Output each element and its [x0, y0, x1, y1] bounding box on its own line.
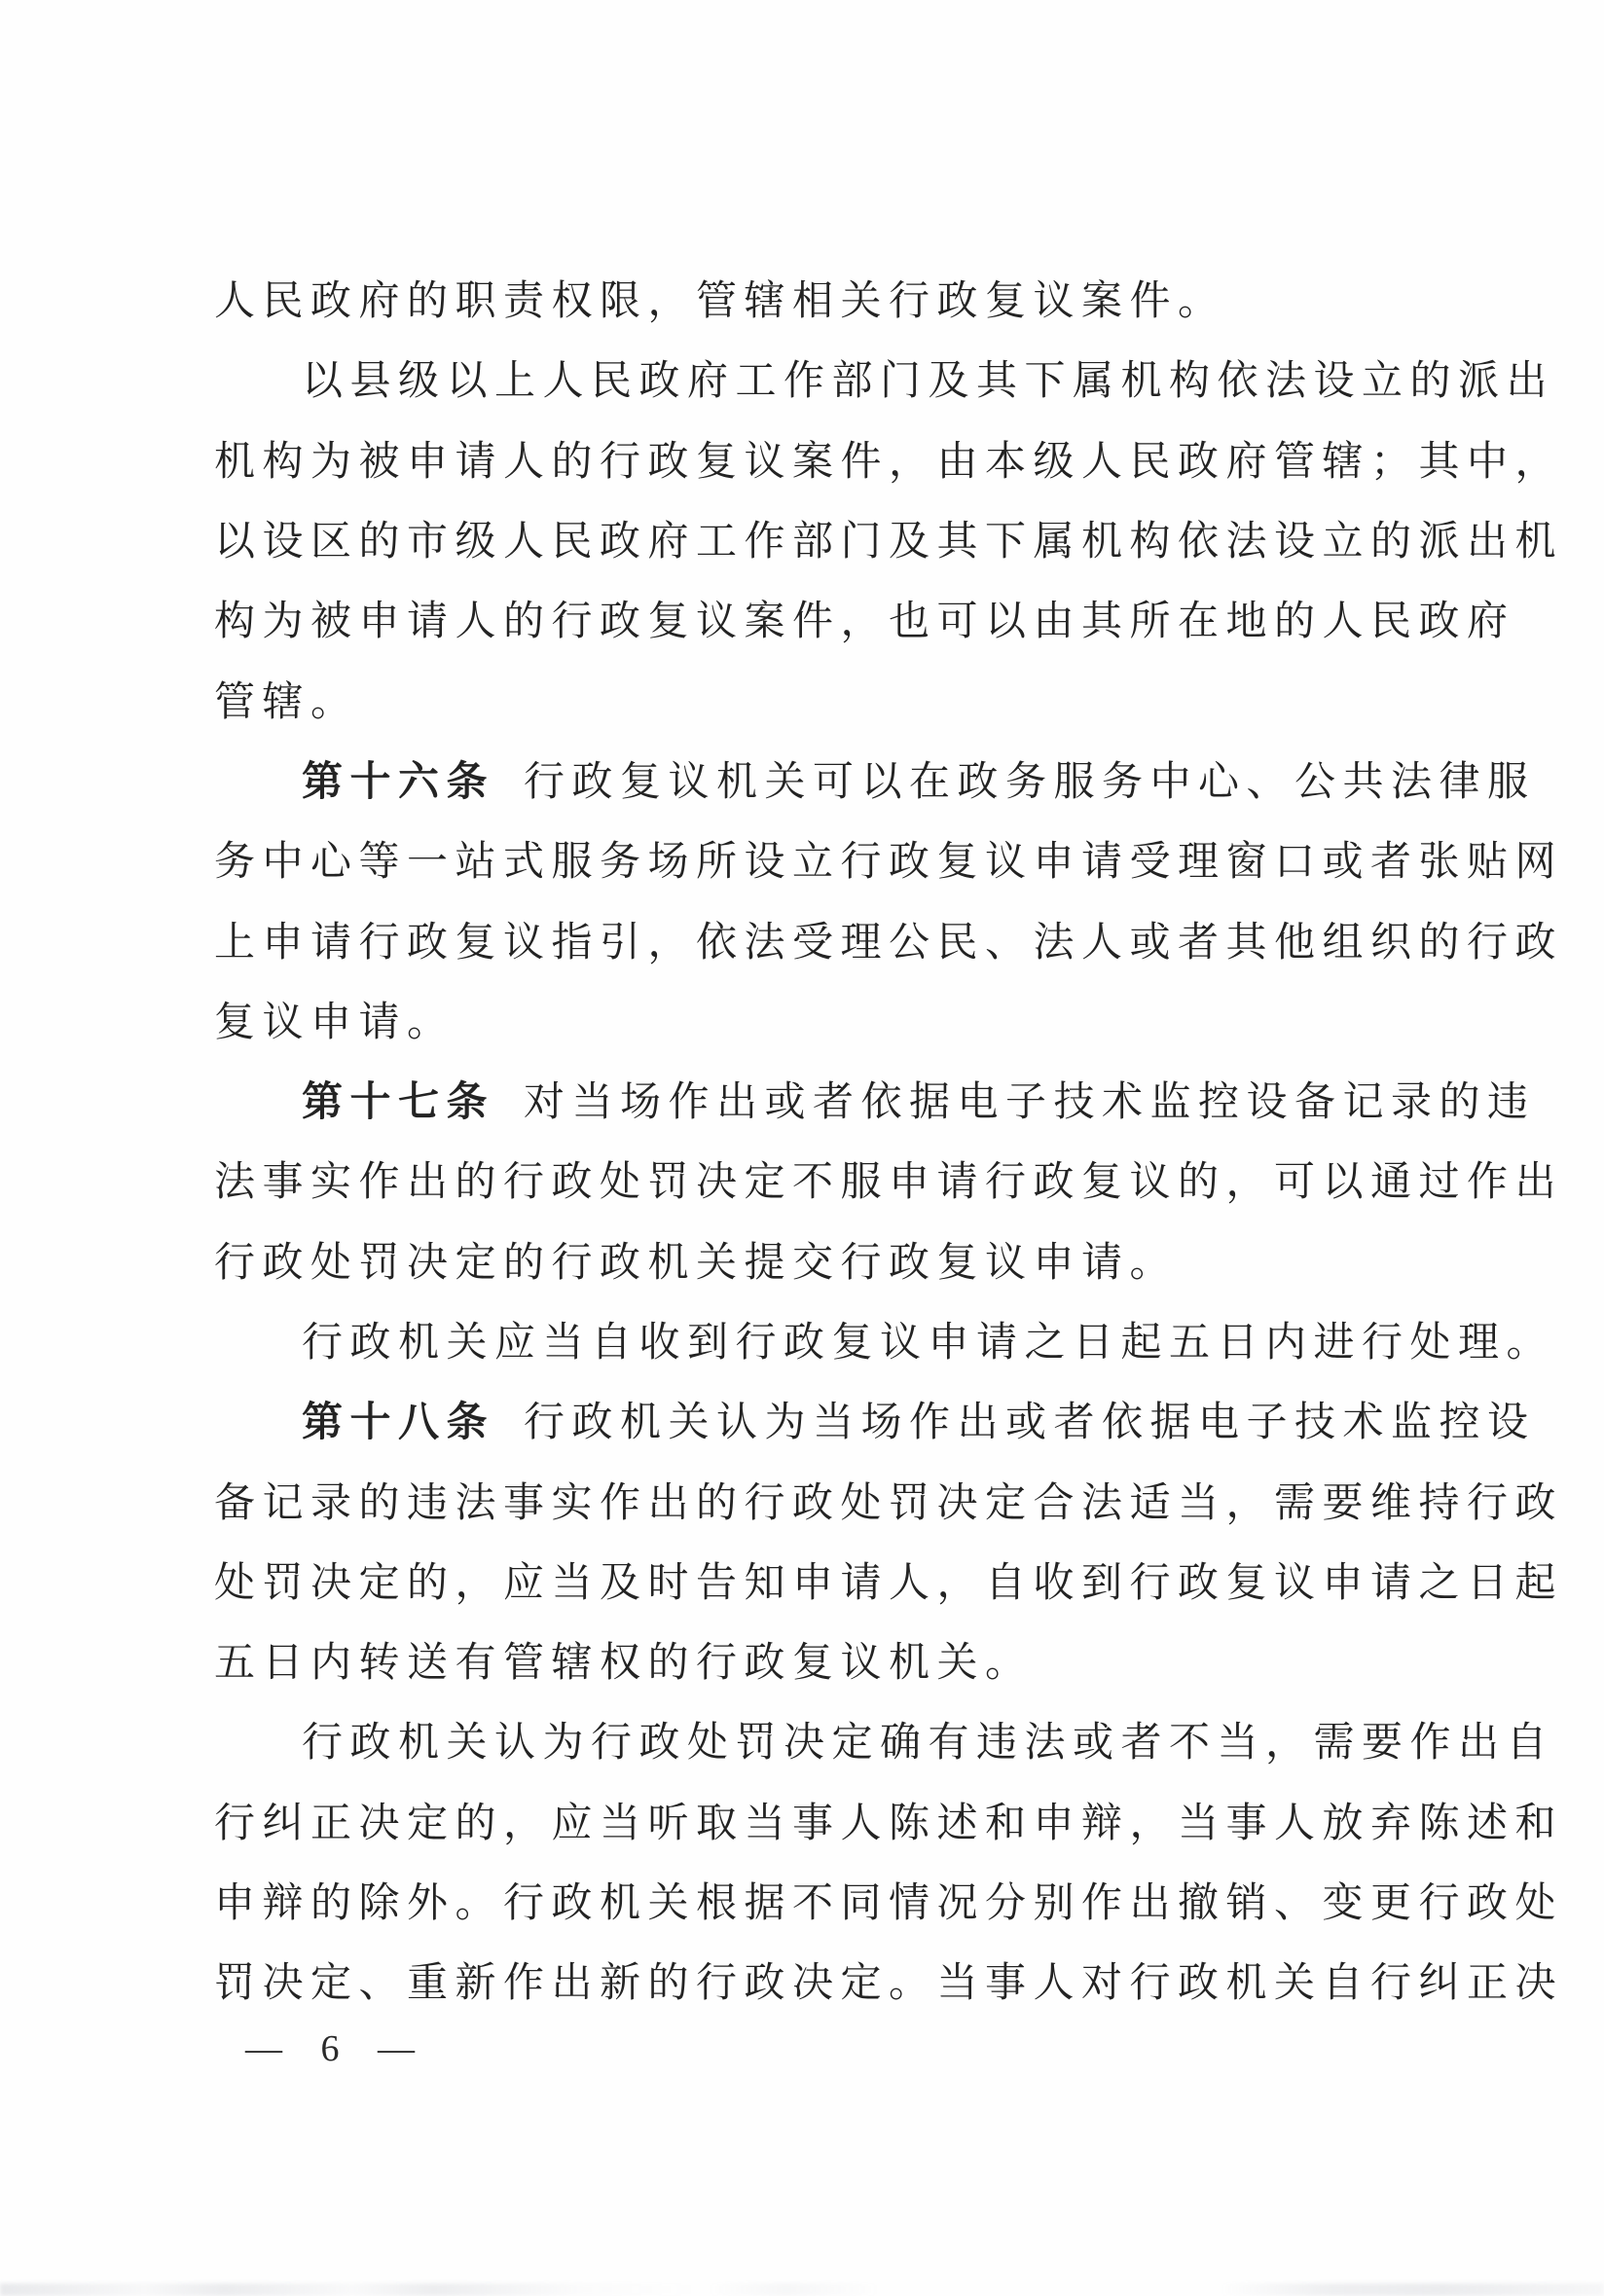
text-line: 机构为被申请人的行政复议案件，由本级人民政府管辖；其中，: [214, 419, 1499, 498]
text-line: 第十六条行政复议机关可以在政务服务中心、公共法律服: [214, 739, 1499, 819]
text-line: 法事实作出的行政处罚决定不服申请行政复议的，可以通过作出: [214, 1139, 1499, 1219]
text-line: 五日内转送有管辖权的行政复议机关。: [214, 1620, 1499, 1699]
text-line: 行纠正决定的，应当听取当事人陈述和申辩，当事人放弃陈述和: [214, 1780, 1499, 1860]
line-text: 对当场作出或者依据电子技术监控设备记录的违: [524, 1070, 1536, 1128]
line-text: 管辖。: [214, 670, 359, 728]
line-text: 罚决定、重新作出新的行政决定。当事人对行政机关自行纠正决: [214, 1950, 1563, 2009]
page-number: — 6 —: [245, 2020, 419, 2078]
line-text: 上申请行政复议指引，依法受理公民、法人或者其他组织的行政: [214, 910, 1563, 968]
text-line: 管辖。: [214, 658, 1499, 738]
line-text: 人民政府的职责权限，管辖相关行政复议案件。: [214, 269, 1226, 327]
text-line: 务中心等一站式服务场所设立行政复议申请受理窗口或者张贴网: [214, 819, 1499, 898]
text-line: 申辩的除外。行政机关根据不同情况分别作出撤销、变更行政处: [214, 1860, 1499, 1940]
text-line: 人民政府的职责权限，管辖相关行政复议案件。: [214, 258, 1499, 338]
line-text: 行纠正决定的，应当听取当事人陈述和申辩，当事人放弃陈述和: [214, 1791, 1563, 1849]
text-line: 行政机关应当自收到行政复议申请之日起五日内进行处理。: [214, 1299, 1499, 1379]
scan-artifact-bottom: [0, 2283, 1604, 2296]
line-text: 法事实作出的行政处罚决定不服申请行政复议的，可以通过作出: [214, 1149, 1563, 1208]
text-line: 复议申请。: [214, 979, 1499, 1059]
line-text: 务中心等一站式服务场所设立行政复议申请受理窗口或者张贴网: [214, 829, 1563, 888]
line-text: 申辩的除外。行政机关根据不同情况分别作出撤销、变更行政处: [214, 1871, 1563, 1929]
text-line: 第十七条对当场作出或者依据电子技术监控设备记录的违: [214, 1059, 1499, 1139]
article-number: 第十七条: [302, 1070, 494, 1128]
text-line: 构为被申请人的行政复议案件，也可以由其所在地的人民政府: [214, 578, 1499, 658]
line-text: 行政机关认为当场作出或者依据电子技术监控设: [524, 1390, 1536, 1448]
text-line: 行政机关认为行政处罚决定确有违法或者不当，需要作出自: [214, 1699, 1499, 1779]
line-text: 行政机关应当自收到行政复议申请之日起五日内进行处理。: [302, 1310, 1554, 1368]
line-text: 以设区的市级人民政府工作部门及其下属机构依法设立的派出机: [214, 509, 1563, 567]
line-text: 复议申请。: [214, 990, 456, 1048]
text-line: 以县级以上人民政府工作部门及其下属机构依法设立的派出: [214, 338, 1499, 418]
line-text: 行政处罚决定的行政机关提交行政复议申请。: [214, 1230, 1178, 1289]
text-line: 罚决定、重新作出新的行政决定。当事人对行政机关自行纠正决: [214, 1940, 1499, 2020]
text-line: 第十八条行政机关认为当场作出或者依据电子技术监控设: [214, 1379, 1499, 1459]
document-page: 人民政府的职责权限，管辖相关行政复议案件。以县级以上人民政府工作部门及其下属机构…: [0, 0, 1604, 2296]
line-text: 备记录的违法事实作出的行政处罚决定合法适当，需要维持行政: [214, 1471, 1563, 1529]
article-number: 第十八条: [302, 1390, 494, 1448]
text-line: 行政处罚决定的行政机关提交行政复议申请。: [214, 1220, 1499, 1299]
page-number-label: — 6 —: [245, 2027, 419, 2070]
line-text: 行政机关认为行政处罚决定确有违法或者不当，需要作出自: [302, 1710, 1554, 1768]
line-text: 行政复议机关可以在政务服务中心、公共法律服: [524, 749, 1536, 808]
text-line: 处罚决定的，应当及时告知申请人，自收到行政复议申请之日起: [214, 1540, 1499, 1620]
line-text: 构为被申请人的行政复议案件，也可以由其所在地的人民政府: [214, 589, 1515, 647]
line-text: 处罚决定的，应当及时告知申请人，自收到行政复议申请之日起: [214, 1550, 1563, 1609]
text-line: 备记录的违法事实作出的行政处罚决定合法适当，需要维持行政: [214, 1459, 1499, 1539]
line-text: 五日内转送有管辖权的行政复议机关。: [214, 1630, 1034, 1689]
line-text: 以县级以上人民政府工作部门及其下属机构依法设立的派出: [302, 348, 1554, 407]
line-text: 机构为被申请人的行政复议案件，由本级人民政府管辖；其中，: [214, 429, 1563, 488]
article-number: 第十六条: [302, 749, 494, 808]
text-line: 上申请行政复议指引，依法受理公民、法人或者其他组织的行政: [214, 898, 1499, 978]
document-body: 人民政府的职责权限，管辖相关行政复议案件。以县级以上人民政府工作部门及其下属机构…: [214, 258, 1499, 2021]
text-line: 以设区的市级人民政府工作部门及其下属机构依法设立的派出机: [214, 498, 1499, 578]
